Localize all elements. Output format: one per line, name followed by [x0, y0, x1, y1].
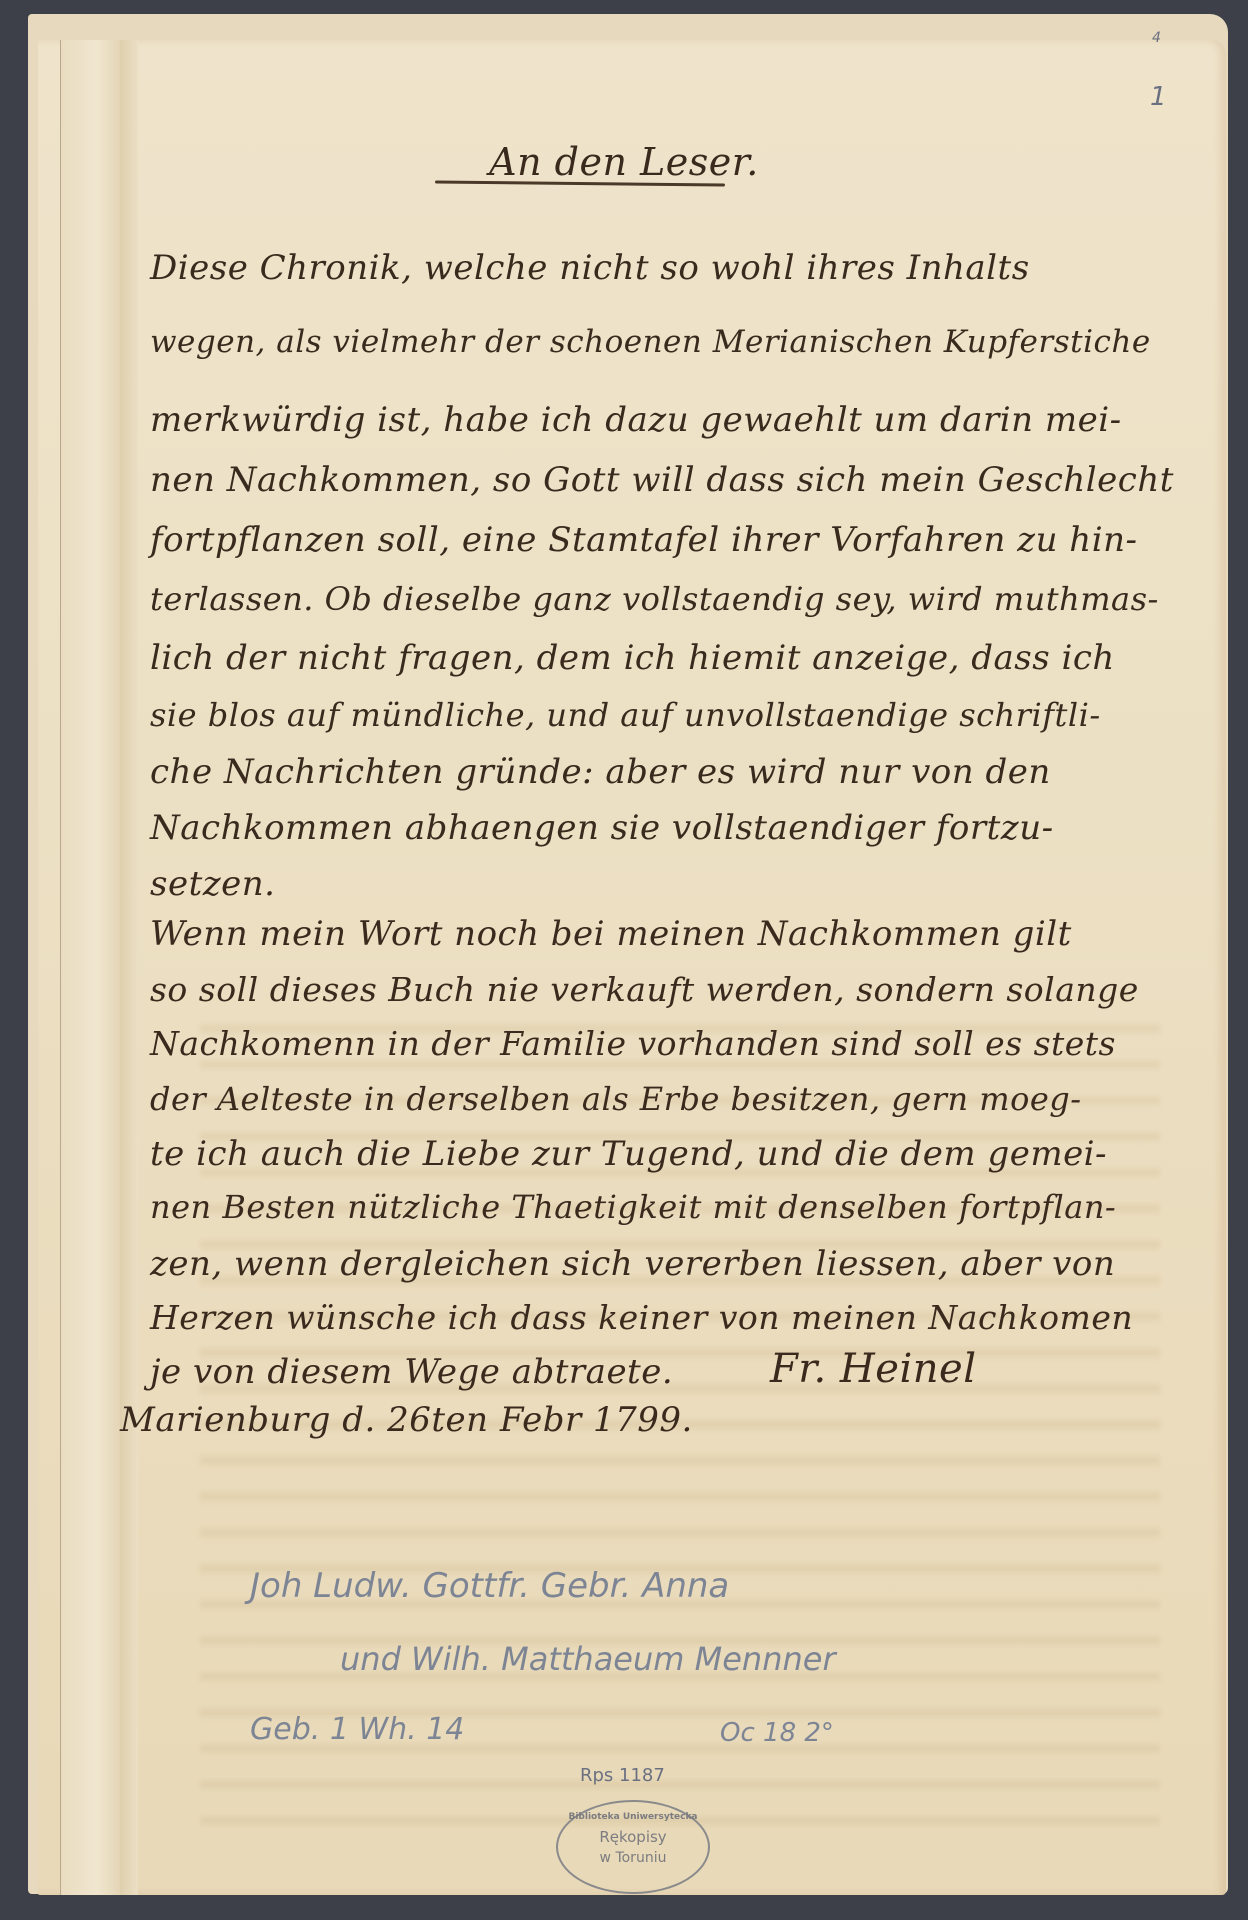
binding-fold [120, 40, 138, 1895]
text-line: merkwürdig ist, habe ich dazu gewaehlt u… [150, 400, 1122, 440]
corner-mark: 4 [1152, 30, 1161, 46]
text-line: Diese Chronik, welche nicht so wohl ihre… [150, 248, 1030, 288]
pencil-note: Joh Ludw. Gottfr. Gebr. Anna [250, 1566, 729, 1606]
text-line: che Nachrichten gründe: aber es wird nur… [150, 752, 1051, 792]
pencil-note: Geb. 1 Wh. 14 [250, 1712, 464, 1747]
text-line: setzen. [150, 864, 275, 904]
text-line: nen Nachkommen, so Gott will dass sich m… [150, 460, 1174, 500]
text-line: zen, wenn dergleichen sich vererben lies… [150, 1244, 1115, 1284]
text-line: Herzen wünsche ich dass keiner von meine… [150, 1298, 1133, 1337]
stamp-top-text: Biblioteka Uniwersytecka [558, 1812, 708, 1822]
text-line: je von diesem Wege abtraete. [150, 1352, 673, 1392]
text-line: fortpflanzen soll, eine Stamtafel ihrer … [150, 520, 1137, 560]
stamp-middle-text: Rękopisy [558, 1828, 708, 1846]
place-date: Marienburg d. 26ten Febr 1799. [120, 1400, 693, 1440]
catalog-code: Oc 18 2° [720, 1718, 834, 1748]
text-line: lich der nicht fragen, dem ich hiemit an… [150, 638, 1115, 678]
text-line: der Aelteste in derselben als Erbe besit… [150, 1080, 1082, 1118]
pencil-note: und Wilh. Matthaeum Mennner [340, 1640, 836, 1678]
stamp-bottom-text: w Toruniu [558, 1850, 708, 1866]
text-line: sie blos auf mündliche, und auf unvollst… [150, 696, 1101, 734]
text-line: Wenn mein Wort noch bei meinen Nachkomme… [150, 914, 1072, 954]
shelfmark: Rps 1187 [580, 1765, 665, 1786]
text-line: wegen, als vielmehr der schoenen Meriani… [150, 324, 1151, 360]
text-line: Nachkommen abhaengen sie vollstaendiger … [150, 808, 1054, 848]
text-line: nen Besten nützliche Thaetigkeit mit den… [150, 1188, 1116, 1226]
text-line: terlassen. Ob dieselbe ganz vollstaendig… [150, 580, 1159, 618]
page-number: 1 [1150, 82, 1167, 112]
text-line: Nachkomenn in der Familie vorhanden sind… [150, 1024, 1116, 1063]
text-line: te ich auch die Liebe zur Tugend, und di… [150, 1134, 1107, 1174]
text-line: so soll dieses Buch nie verkauft werden,… [150, 970, 1139, 1009]
library-stamp: Biblioteka Uniwersytecka Rękopisy w Toru… [556, 1800, 710, 1894]
binding-strip [60, 40, 122, 1895]
signature: Fr. Heinel [770, 1346, 976, 1392]
page-title: An den Leser. [0, 140, 1248, 184]
